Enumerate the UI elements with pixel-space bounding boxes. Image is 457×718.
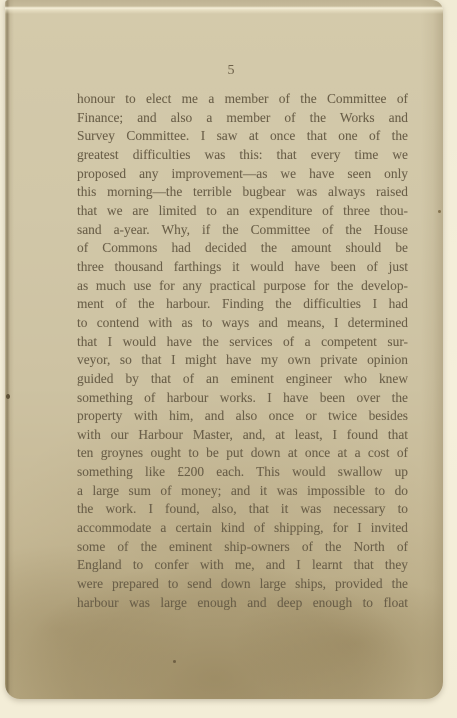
text-line: something like £200 each. This would swa… xyxy=(77,463,408,482)
text-line: with our Harbour Master, and, at least, … xyxy=(77,426,408,445)
text-line: Survey Committee. I saw at once that one… xyxy=(77,127,408,146)
text-line: honour to elect me a member of the Commi… xyxy=(77,90,408,109)
text-line: to contend with as to ways and means, I … xyxy=(77,314,408,333)
text-line: veyor, so that I might have my own priva… xyxy=(77,351,408,370)
text-line: the work. I found, also, that it was nec… xyxy=(77,500,408,519)
text-line: a large sum of money; and it was impossi… xyxy=(77,482,408,501)
text-line: accommodate a certain kind of shipping, … xyxy=(77,519,408,538)
text-line: proposed any improvement—as we have seen… xyxy=(77,165,408,184)
text-line: property with him, and also once or twic… xyxy=(77,407,408,426)
text-line: that I would have the services of a comp… xyxy=(77,333,408,352)
text-line: something of harbour works. I have been … xyxy=(77,389,408,408)
text-line: as much use for any practical purpose fo… xyxy=(77,277,408,296)
text-line: harbour was large enough and deep enough… xyxy=(77,594,408,613)
text-line: England to confer with me, and I learnt … xyxy=(77,556,408,575)
text-line: that we are limited to an expenditure of… xyxy=(77,202,408,221)
ink-speck xyxy=(173,660,176,663)
scan-background: 5 honour to elect me a member of the Com… xyxy=(0,0,457,718)
ink-speck xyxy=(438,210,441,213)
text-line: greatest difficulties was this: that eve… xyxy=(77,146,408,165)
book-page: 5 honour to elect me a member of the Com… xyxy=(5,0,443,699)
text-line: ten groynes ought to be put down at once… xyxy=(77,444,408,463)
text-line: were prepared to send down large ships, … xyxy=(77,575,408,594)
page-number: 5 xyxy=(19,63,443,79)
text-line: three thousand farthings it would have b… xyxy=(77,258,408,277)
text-line: of Commons had decided the amount should… xyxy=(77,239,408,258)
text-line: sand a-year. Why, if the Committee of th… xyxy=(77,221,408,240)
text-line: this morning—the terrible bugbear was al… xyxy=(77,183,408,202)
text-line: some of the eminent ship-owners of the N… xyxy=(77,538,408,557)
text-line: ment of the harbour. Finding the difficu… xyxy=(77,295,408,314)
text-line: Finance; and also a member of the Works … xyxy=(77,109,408,128)
page-text: honour to elect me a member of the Commi… xyxy=(77,90,408,612)
ink-speck xyxy=(6,394,10,399)
text-line: guided by that of an eminent engineer wh… xyxy=(77,370,408,389)
